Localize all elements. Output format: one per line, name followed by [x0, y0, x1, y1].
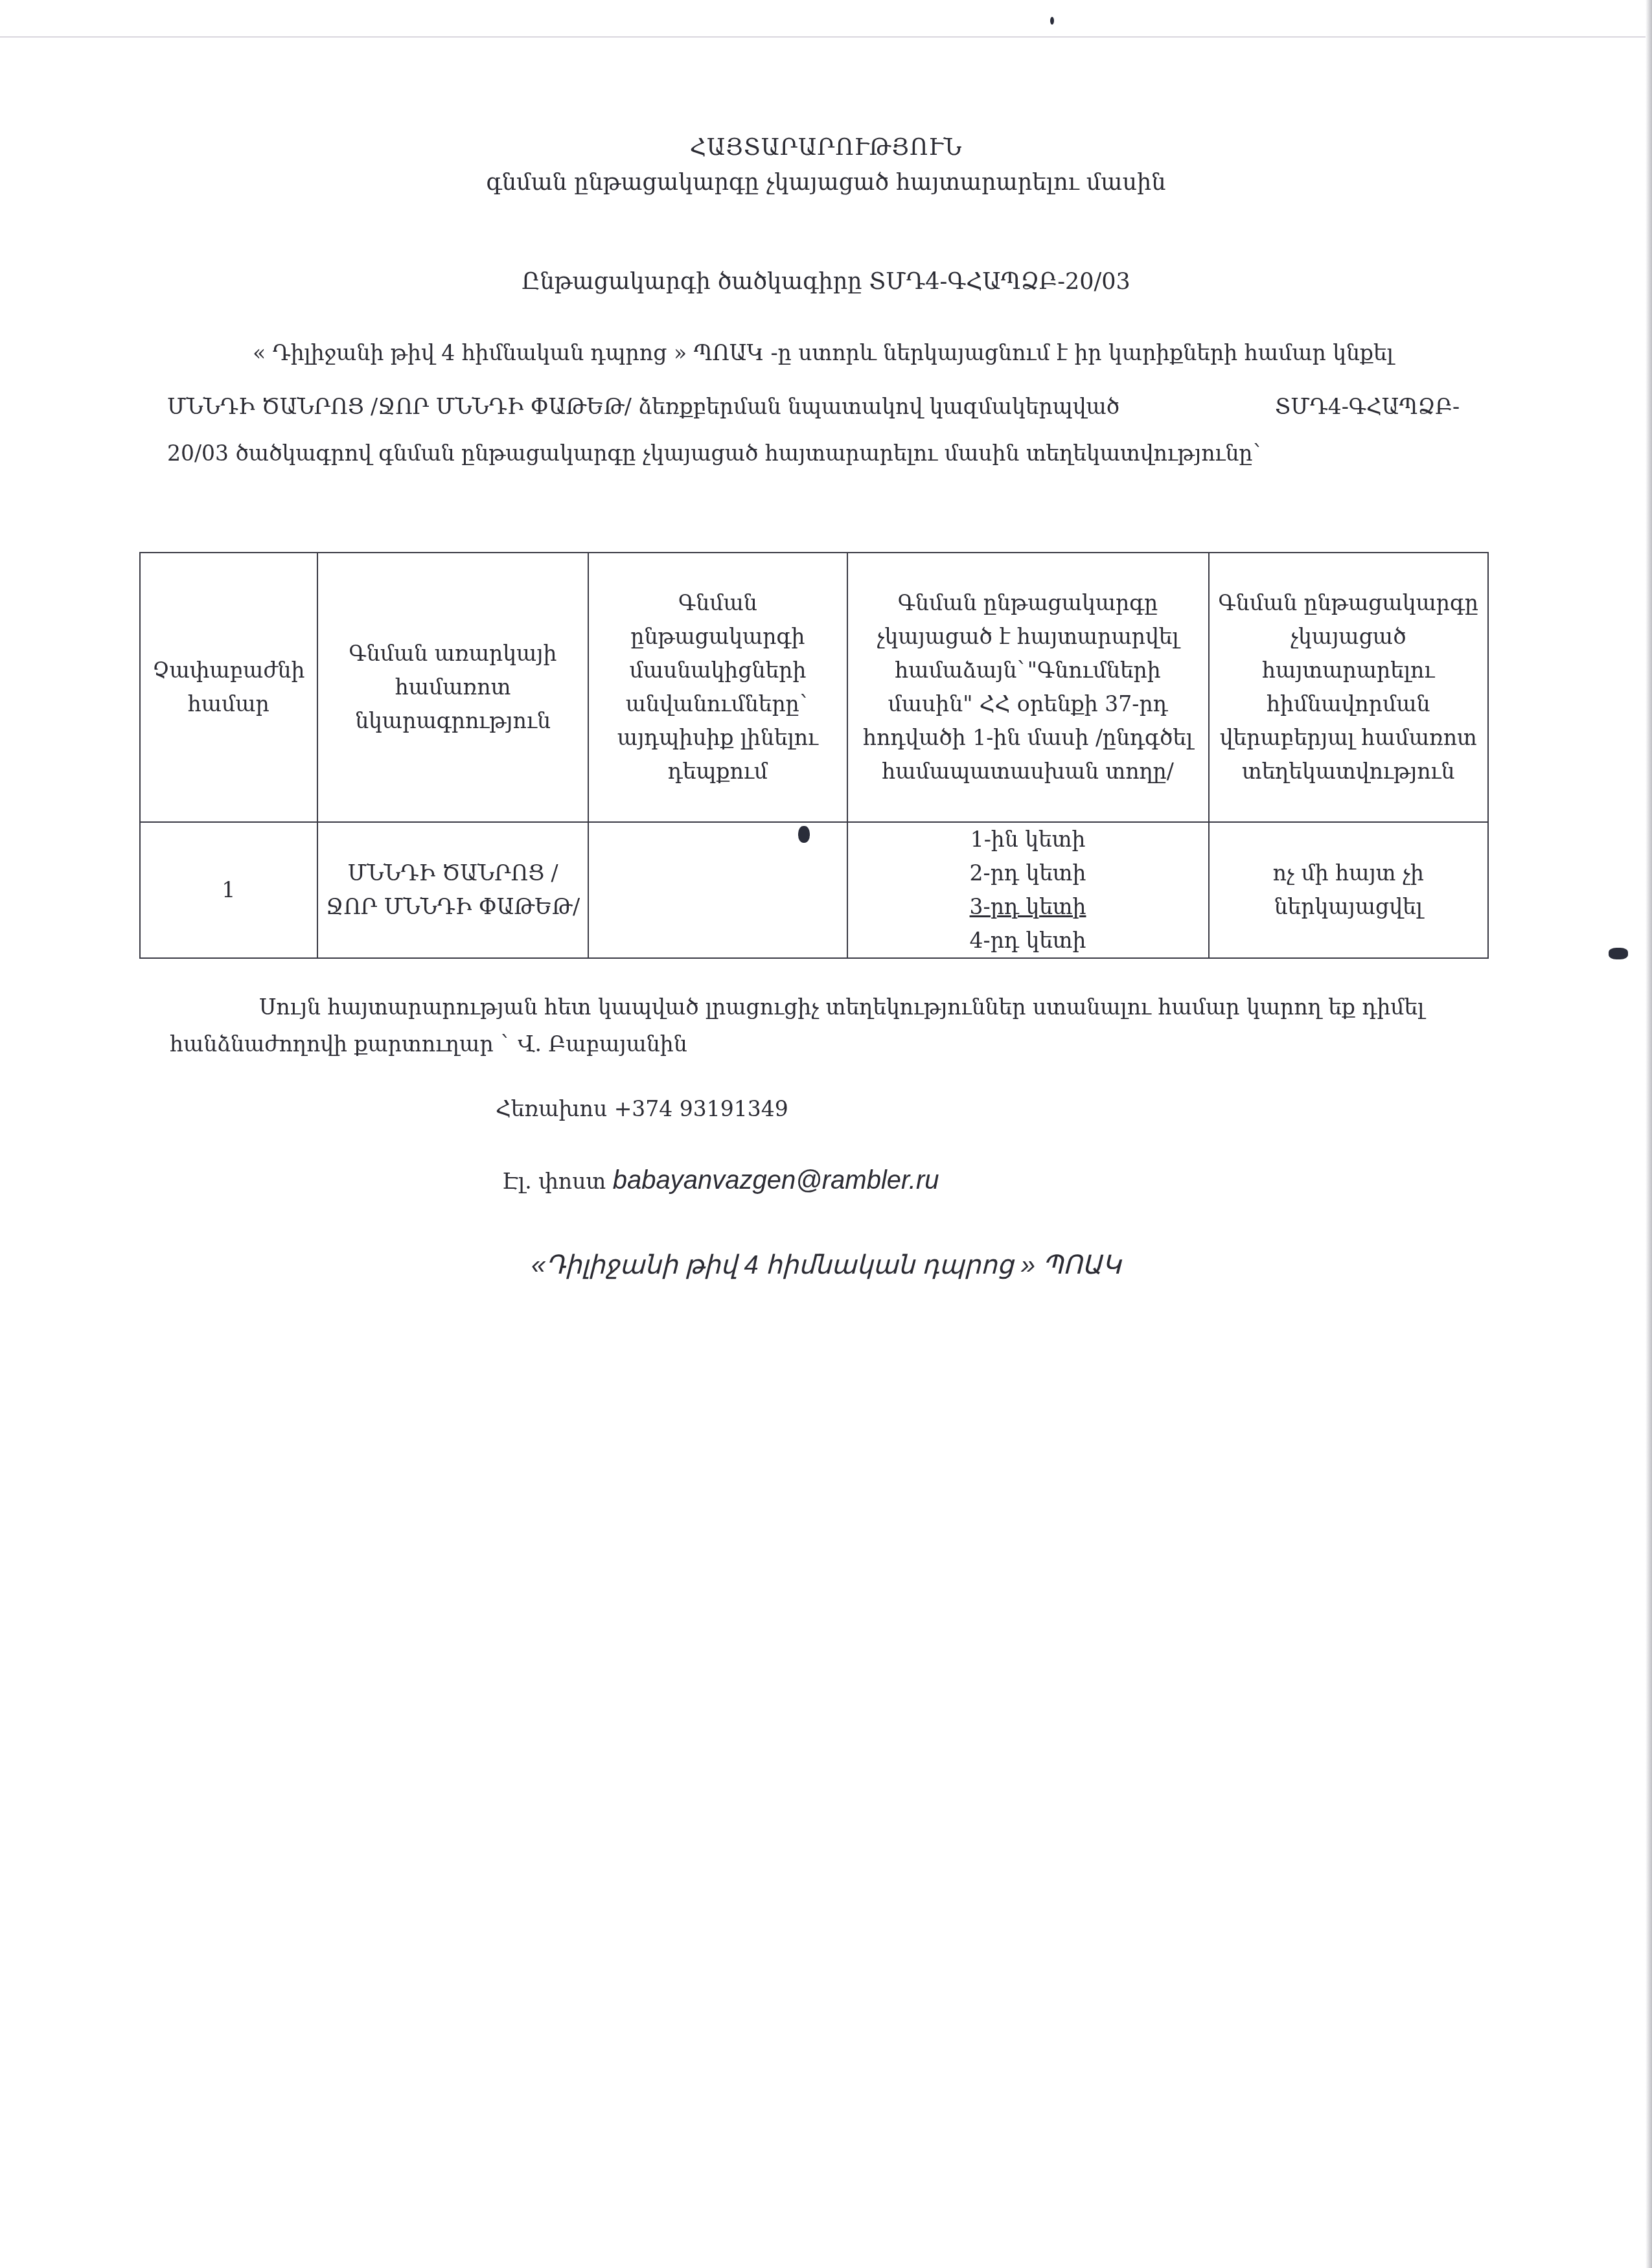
- cell-description: ՄՆՆԴԻ ԾԱՆՐՈՑ /ՋՈՐ ՄՆՆԴԻ ՓԱԹԵԹ/: [317, 822, 589, 958]
- header-description: Գնման առարկայի համառոտ նկարագրություն: [317, 553, 589, 822]
- email-value[interactable]: babayanvazgen@rambler.ru: [613, 1166, 939, 1195]
- cell-participants: [588, 822, 847, 958]
- intro-line-2-code: ՏՄԴ4-ԳՀԱՊՁԲ-: [1275, 394, 1460, 419]
- intro-line-2: ՄՆՆԴԻ ԾԱՆՐՈՑ /ՋՈՐ ՄՆՆԴԻ ՓԱԹԵԹ/ ձեռքբերմա…: [167, 394, 1119, 419]
- email-label: Էլ. փոստ: [502, 1169, 606, 1194]
- point-item: 3-րդ կետի: [856, 890, 1200, 924]
- procurement-table: Չափաբաժնի համար Գնման առարկայի համառոտ ն…: [139, 552, 1489, 959]
- intro-line-1: « Դիլիջանի թիվ 4 հիմնական դպրոց » ՊՈԱԿ -…: [253, 340, 1394, 365]
- header-legal-basis: Գնման ընթացակարգը չկայացած է հայտարարվել…: [847, 553, 1209, 822]
- header-lot-number: Չափաբաժնի համար: [140, 553, 317, 822]
- scan-speck: [798, 826, 810, 843]
- cell-justification: ոչ մի հայտ չի ներկայացվել: [1209, 822, 1488, 958]
- scan-speck: [1050, 17, 1054, 25]
- phone-line: Հեռախոս +374 93191349: [496, 1096, 788, 1121]
- point-item: 2-րդ կետի: [856, 856, 1200, 890]
- signature: «Դիլիջանի թիվ 4 հիմնական դպրոց » ՊՈԱԿ: [531, 1250, 1121, 1280]
- point-item: 1-ին կետի: [856, 823, 1200, 856]
- contact-paragraph-line-2: հանձնաժողովի քարտուղար ` Վ. Բաբայանին: [170, 1031, 687, 1057]
- phone-label: Հեռախոս: [496, 1096, 607, 1121]
- intro-line-3: 20/03 ծածկագրով գնման ընթացակարգը չկայաց…: [167, 441, 1263, 466]
- phone-value: +374 93191349: [614, 1096, 788, 1121]
- document-subtitle: գնման ընթացակարգը չկայացած հայտարարելու …: [0, 170, 1652, 196]
- table-header-row: Չափաբաժնի համար Գնման առարկայի համառոտ ն…: [140, 553, 1488, 822]
- email-line: Էլ. փոստ babayanvazgen@rambler.ru: [502, 1166, 939, 1195]
- header-justification: Գնման ընթացակարգը չկայացած հայտարարելու …: [1209, 553, 1488, 822]
- procedure-code: Ընթացակարգի ծածկագիրը ՏՄԴ4-ԳՀԱՊՁԲ-20/03: [0, 269, 1652, 295]
- header-participants: Գնման ընթացակարգի մասնակիցների անվանումն…: [588, 553, 847, 822]
- cell-legal-points: 1-ին կետի 2-րդ կետի 3-րդ կետի 4-րդ կետի: [847, 822, 1209, 958]
- point-item: 4-րդ կետի: [856, 924, 1200, 957]
- table-row: 1 ՄՆՆԴԻ ԾԱՆՐՈՑ /ՋՈՐ ՄՆՆԴԻ ՓԱԹԵԹ/ 1-ին կե…: [140, 822, 1488, 958]
- document-title: ՀԱՅՏԱՐԱՐՈՒԹՅՈՒՆ: [0, 135, 1652, 161]
- cell-lot-number: 1: [140, 822, 317, 958]
- scan-edge-line: [0, 36, 1652, 38]
- scan-speck: [1609, 948, 1628, 959]
- scan-right-edge: [1646, 0, 1652, 2268]
- contact-paragraph-line-1: Սույն հայտարարության հետ կապված լրացուցի…: [259, 994, 1424, 1020]
